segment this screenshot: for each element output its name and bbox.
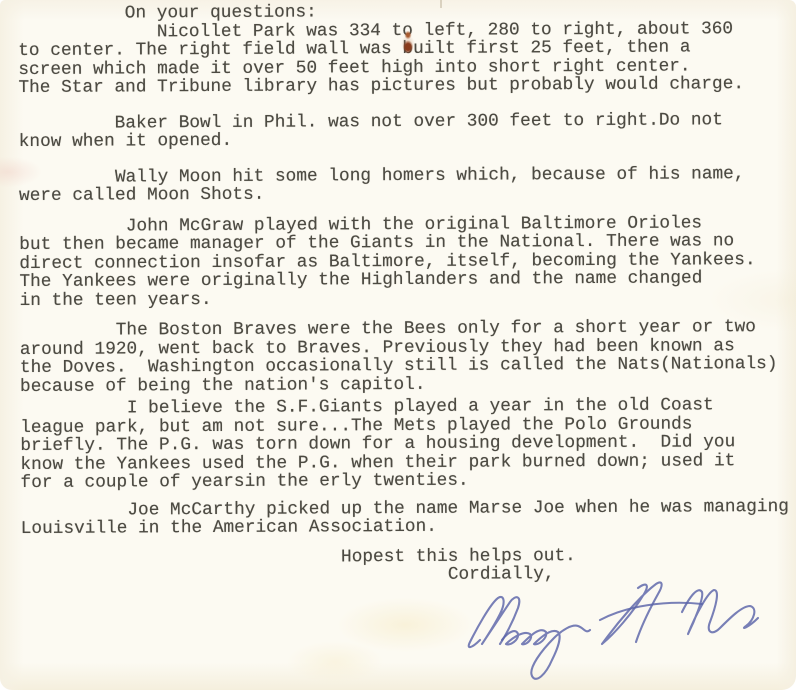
letter-paragraph-joe-mccarthy: Joe McCarthy picked up the name Marse Jo… xyxy=(21,497,796,538)
letter-paragraph-john-mcgraw: John McGraw played with the original Bal… xyxy=(19,213,795,310)
letter-paragraph-baker-bowl: Baker Bowl in Phil. was not over 300 fee… xyxy=(19,110,795,151)
signature-handwritten xyxy=(450,574,780,688)
ink-stain xyxy=(399,29,417,59)
letter-paragraph-boston-braves: The Boston Braves were the Bees only for… xyxy=(20,318,796,396)
letter-paragraph-polo-grounds: I believe the S.F.Giants played a year i… xyxy=(20,396,796,493)
letter-paragraph-wally-moon: Wally Moon hit some long homers which, b… xyxy=(19,164,795,205)
signature-stroke xyxy=(602,582,662,644)
letter-body: On your questions: Nicollet Park was 334… xyxy=(18,1,796,587)
signature-stroke xyxy=(502,626,590,679)
letter-page: On your questions: Nicollet Park was 334… xyxy=(0,0,796,690)
signature-stroke xyxy=(682,590,758,634)
